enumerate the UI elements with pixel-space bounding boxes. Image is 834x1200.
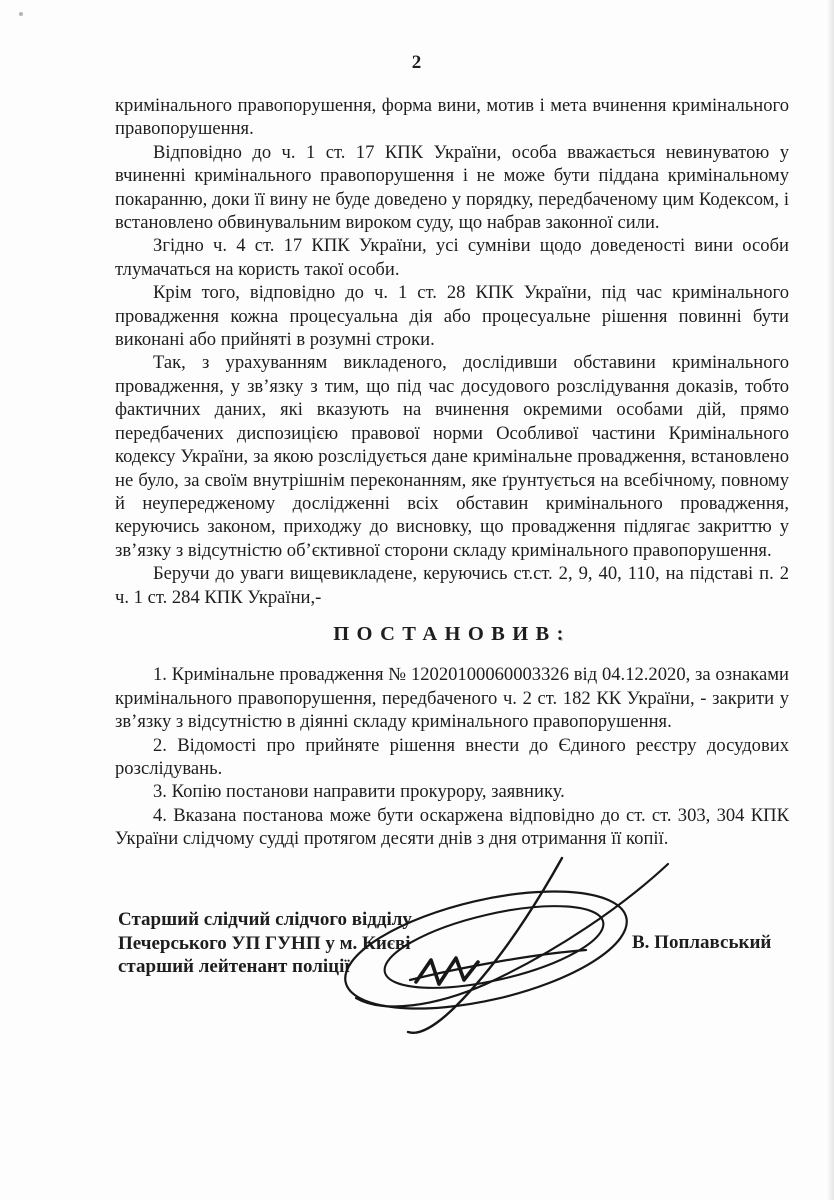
paragraph: Беручи до уваги вищевикладене, керуючись…: [115, 562, 789, 609]
paragraph: Крім того, відповідно до ч. 1 ст. 28 КПК…: [115, 281, 789, 351]
page-number: 2: [0, 52, 834, 74]
resolution-item: 1. Кримінальне провадження № 12020100060…: [115, 663, 789, 733]
paragraph: Так, з урахуванням викладеного, дослідив…: [115, 351, 789, 562]
resolution-heading: ПОСТАНОВИВ:: [115, 623, 789, 646]
paragraph: кримінального правопорушення, форма вини…: [115, 94, 789, 141]
resolution-item: 2. Відомості про прийняте рішення внести…: [115, 734, 789, 781]
paragraph: Відповідно до ч. 1 ст. 17 КПК України, о…: [115, 141, 789, 235]
resolution-item: 4. Вказана постанова може бути оскаржена…: [115, 804, 789, 851]
paragraph: Згідно ч. 4 ст. 17 КПК України, усі сумн…: [115, 234, 789, 281]
signature-scribble-icon: [328, 848, 676, 1048]
scanned-document-page: 2 кримінального правопорушення, форма ви…: [0, 0, 834, 1200]
signature-block: Старший слідчий слідчого відділу Печерсь…: [0, 880, 834, 1120]
handwritten-signature: [328, 848, 676, 1048]
scan-artifact-dot: [19, 12, 23, 16]
signer-name: В. Поплавський: [632, 932, 802, 954]
resolution-item: 3. Копію постанови направити прокурору, …: [115, 780, 789, 803]
resolution-list: 1. Кримінальне провадження № 12020100060…: [115, 663, 789, 850]
document-body: кримінального правопорушення, форма вини…: [115, 94, 789, 851]
